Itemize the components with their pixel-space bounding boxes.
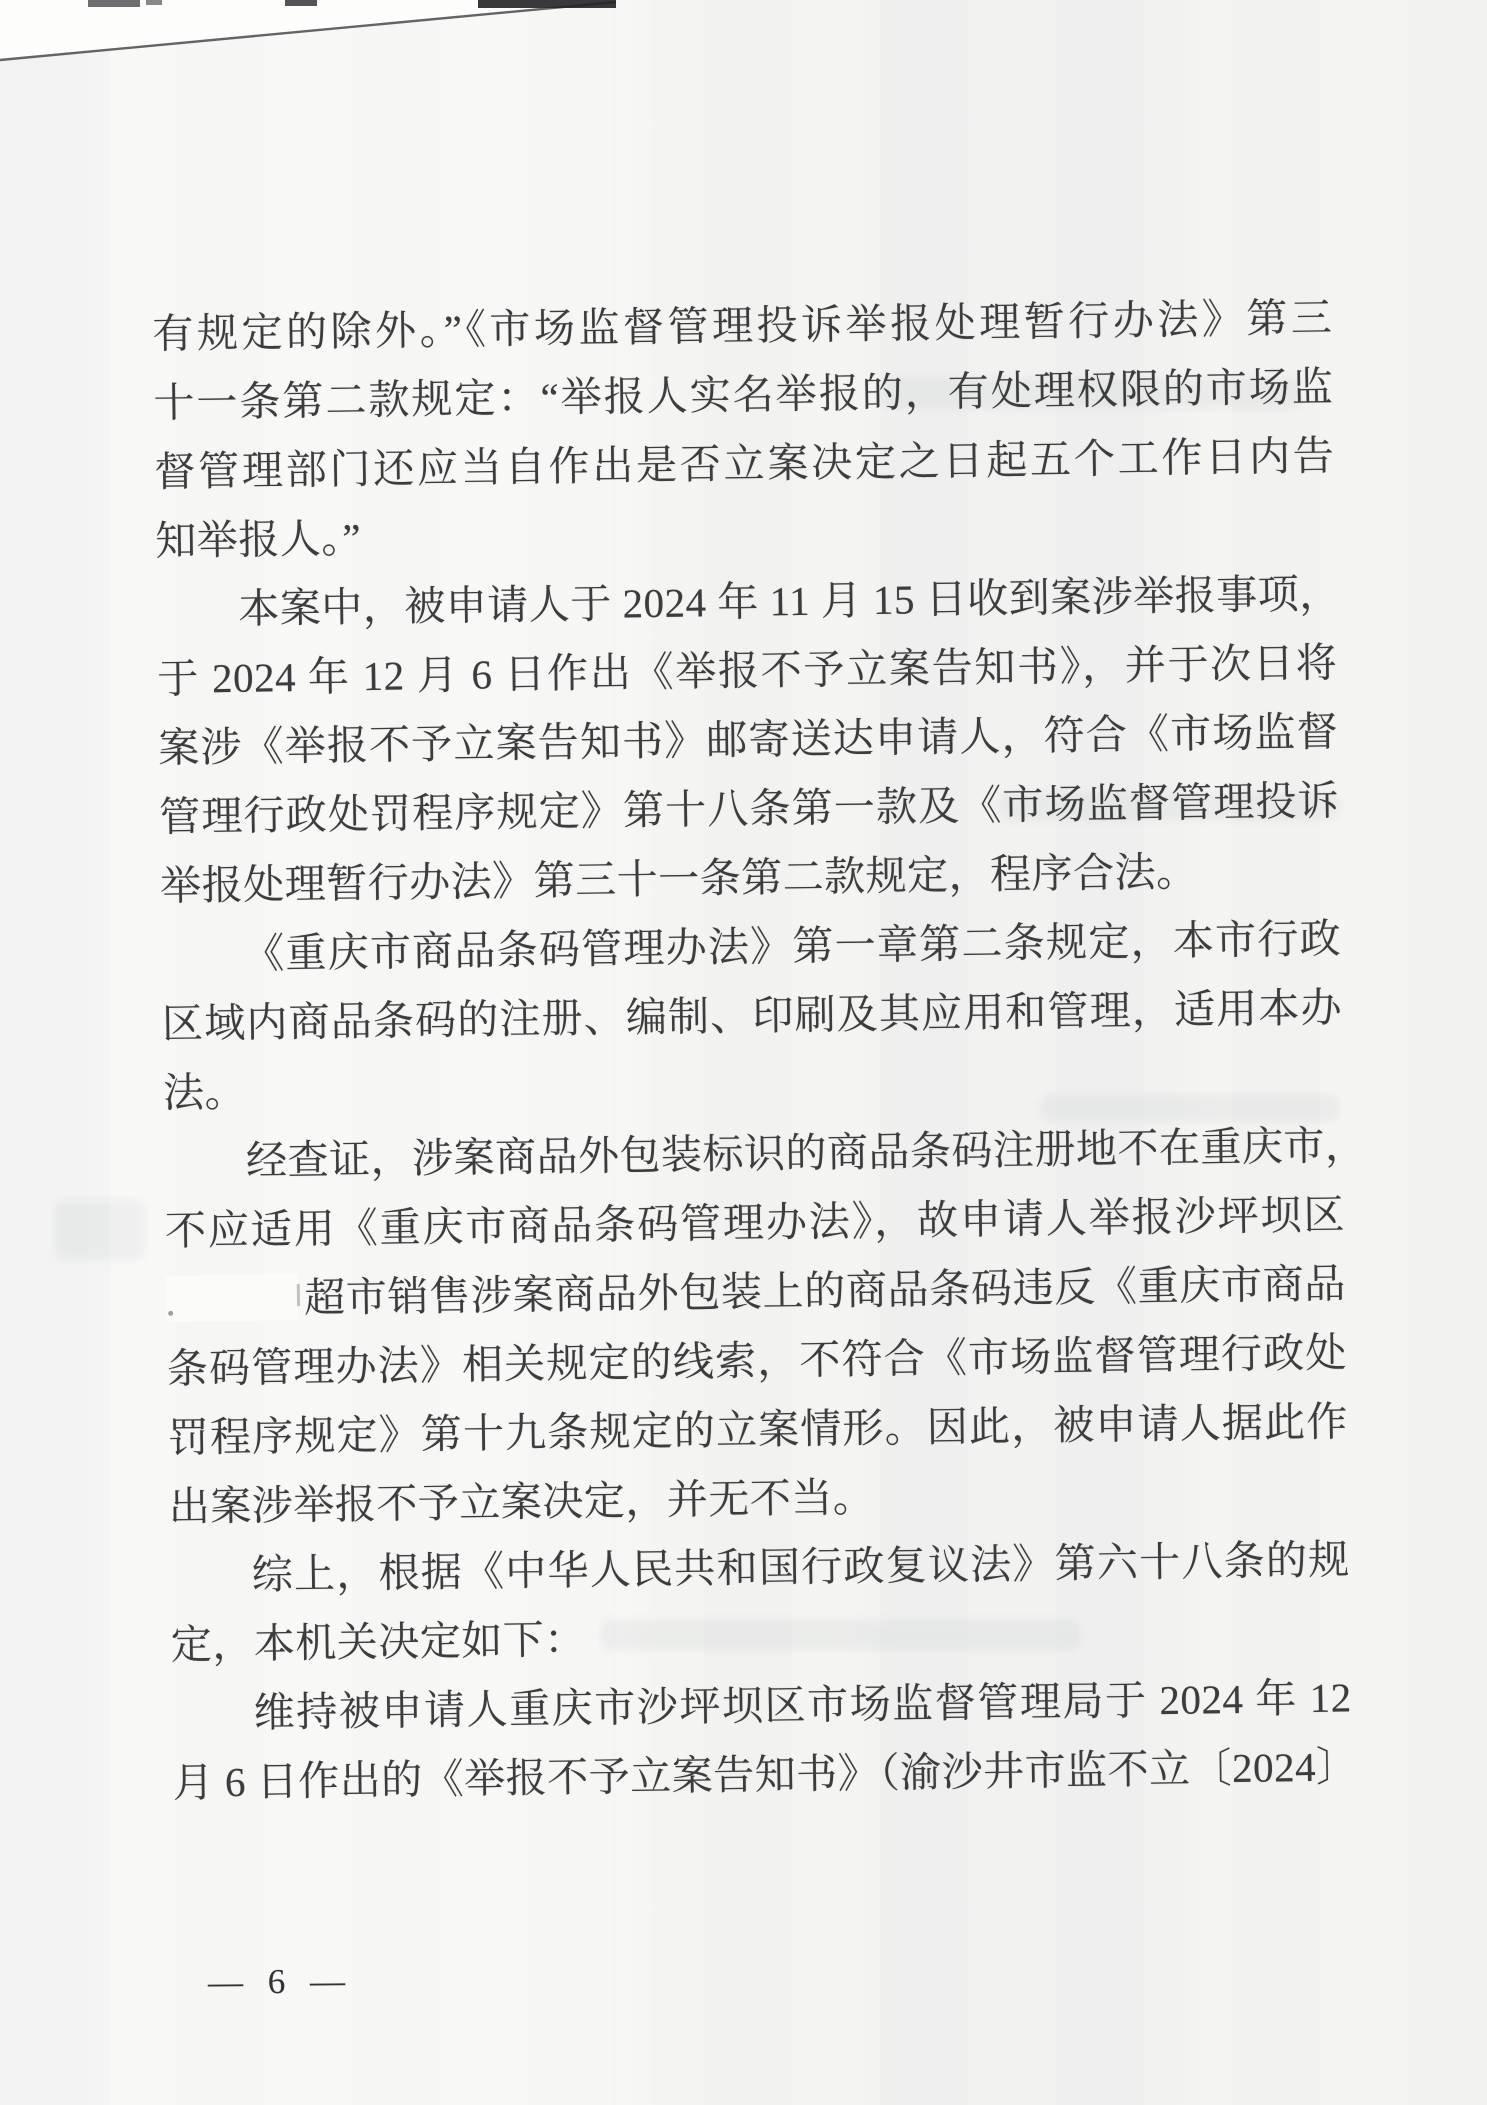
scanned-document-page: 有规定的除外。”《市场监督管理投诉举报处理暂行办法》第三十一条第二款规定：“举报… <box>0 0 1487 2105</box>
redaction-box <box>166 1274 299 1322</box>
page-number: — 6 — <box>208 1961 353 2003</box>
ink-bleed-artifact <box>55 1200 145 1260</box>
document-body: 有规定的除外。”《市场监督管理投诉举报处理暂行办法》第三十一条第二款规定：“举报… <box>152 284 1353 1818</box>
scan-edge-artifact <box>0 0 630 72</box>
